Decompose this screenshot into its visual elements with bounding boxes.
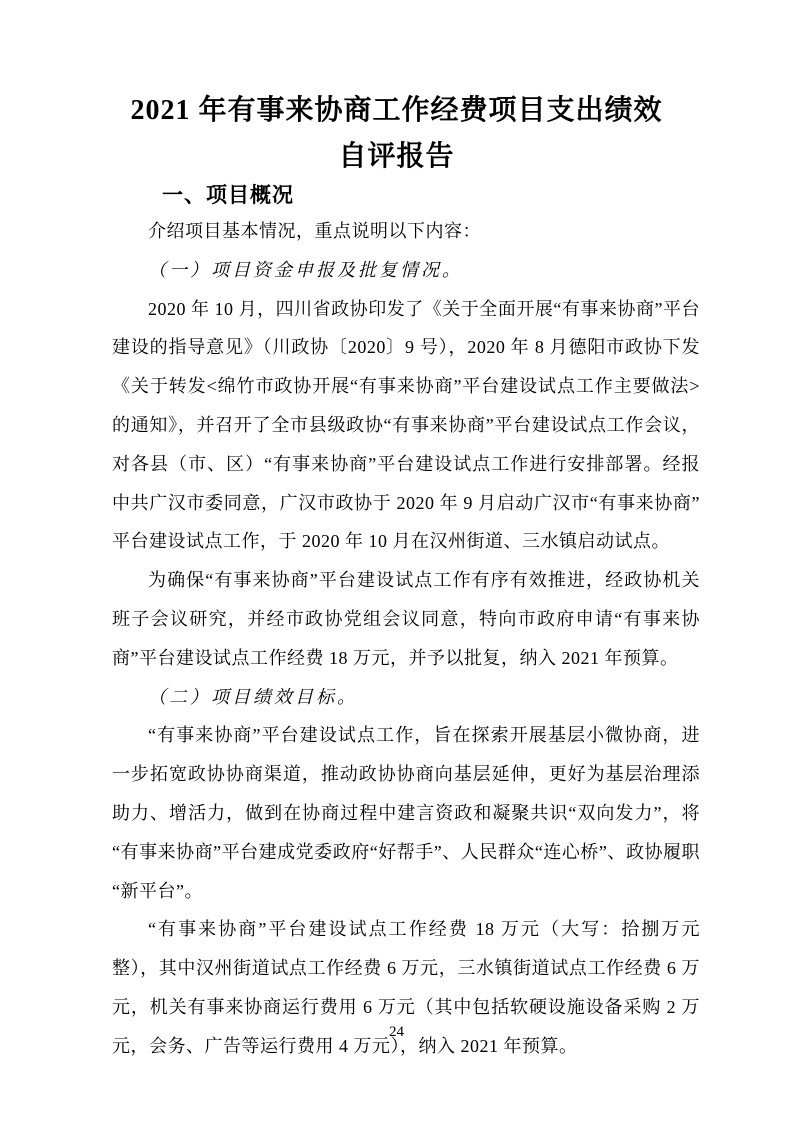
document-title: 2021 年有事来协商工作经费项目支出绩效 自评报告 — [0, 88, 793, 180]
paragraph-funding-background: 2020 年 10 月，四川省政协印发了《关于全面开展“有事来协商”平台建设的指… — [112, 290, 700, 562]
paragraph-intro: 介绍项目基本情况，重点说明以下内容： — [112, 212, 700, 251]
page-number: 24 — [0, 1022, 793, 1042]
document-title-line-1: 2021 年有事来协商工作经费项目支出绩效 — [0, 88, 793, 134]
paragraph-funding-approval: 为确保“有事来协商”平台建设试点工作有序有效推进，经政协机关班子会议研究，并经市… — [112, 561, 700, 677]
paragraph-performance-goals: “有事来协商”平台建设试点工作，旨在探索开展基层小微协商，进一步拓宽政协协商渠道… — [112, 716, 700, 910]
paragraph-budget-breakdown: “有事来协商”平台建设试点工作经费 18 万元（大写：拾捌万元整），其中汉州街道… — [112, 910, 700, 1065]
paragraph-subheading-performance-goals: （二）项目绩效目标。 — [112, 678, 700, 717]
paragraph-subheading-funding-application: （一）项目资金申报及批复情况。 — [112, 251, 700, 290]
document-body: 介绍项目基本情况，重点说明以下内容： （一）项目资金申报及批复情况。 2020 … — [112, 212, 700, 1066]
document-page: 2021 年有事来协商工作经费项目支出绩效 自评报告 一、项目概况 介绍项目基本… — [0, 0, 793, 1122]
section-heading-project-overview: 一、项目概况 — [112, 181, 700, 211]
document-title-line-2: 自评报告 — [0, 134, 793, 180]
